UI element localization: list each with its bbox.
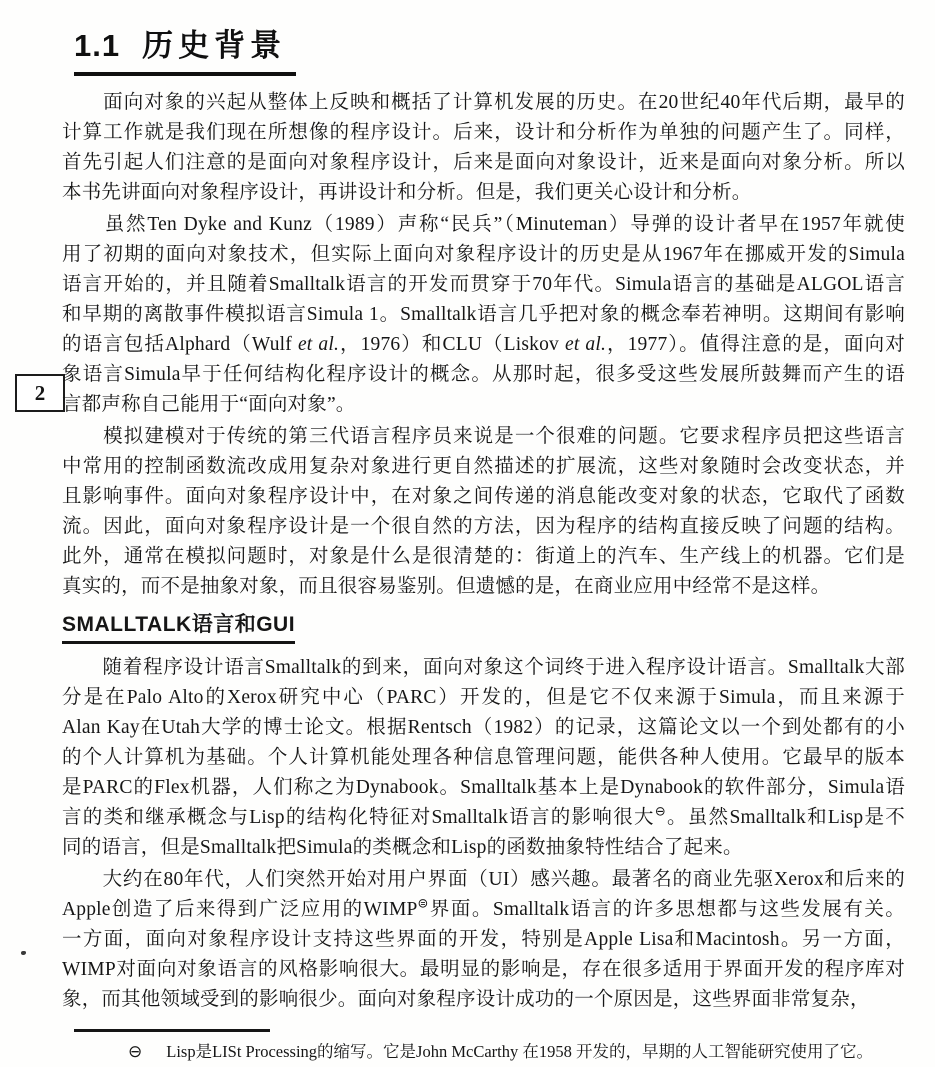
text-line: 真实的，而不是抽象对象，而且很容易鉴别。但遗憾的是，在商业应用中经常不是这样。	[62, 572, 905, 602]
text-line: 虽然Ten Dyke and Kunz（1989）声称“民兵”（Minutema…	[62, 210, 905, 240]
text-line: 象语言Simula早于任何结构化程序设计的概念。从那时起，很多受这些发展所鼓舞而…	[62, 360, 905, 390]
paragraph: 大约在80年代，人们突然开始对用户界面（UI）感兴趣。最著名的商业先驱Xerox…	[62, 865, 905, 1015]
text-line: 象，而其他领域受到的影响很少。面向对象程序设计成功的一个原因是，这些界面非常复杂…	[62, 985, 905, 1015]
text-line: 模拟建模对于传统的第三代语言程序员来说是一个很难的问题。它要求程序员把这些语言	[62, 422, 905, 452]
page-body: 面向对象的兴起从整体上反映和概括了计算机发展的历史。在20世纪40年代后期，最早…	[62, 88, 905, 1063]
text-line: 是PARC的Flex机器，人们称之为Dynabook。Smalltalk基本上是…	[62, 773, 905, 803]
text-line: 面向对象的兴起从整体上反映和概括了计算机发展的历史。在20世纪40年代后期，最早…	[62, 88, 905, 118]
section-history: 面向对象的兴起从整体上反映和概括了计算机发展的历史。在20世纪40年代后期，最早…	[62, 88, 905, 602]
text-line: WIMP对面向对象语言的风格影响很大。最明显的影响是，存在很多适用于界面开发的程…	[62, 955, 905, 985]
footnote-separator	[74, 1029, 270, 1032]
text-line: 流。因此，面向对象程序设计是一个很自然的方法，因为程序的结构直接反映了问题的结构…	[62, 512, 905, 542]
text-line: 语言开始的，并且随着Smalltalk语言的开发而贯穿于70年代。Simula语…	[62, 270, 905, 300]
text-line: 用了初期的面向对象技术，但实际上面向对象程序设计的历史是从1967年在挪威开发的…	[62, 240, 905, 270]
text-line: 大约在80年代，人们突然开始对用户界面（UI）感兴趣。最著名的商业先驱Xerox…	[62, 865, 905, 895]
text-line: 首先引起人们注意的是面向对象程序设计，后来是面向对象设计，近来是面向对象分析。所…	[62, 148, 905, 178]
text-line: 分是在Palo Alto的Xerox研究中心（PARC）开发的，但是它不仅来源于…	[62, 683, 905, 713]
section-title: 1.1历史背景	[74, 20, 296, 76]
page-number-box: 2	[15, 374, 65, 412]
footnote: ⊖Lisp是LISt Processing的缩写。它是John McCarthy…	[62, 1041, 905, 1063]
section-smalltalk-gui: 随着程序设计语言Smalltalk的到来，面向对象这个词终于进入程序设计语言。S…	[62, 653, 905, 1015]
text-line: Alan Kay在Utah大学的博士论文。根据Rentsch（1982）的记录，…	[62, 713, 905, 743]
text-line: 的个人计算机为基础。个人计算机能处理各种信息管理问题，能供各种人使用。它最早的版…	[62, 743, 905, 773]
text-line: 且影响事件。面向对象程序设计中，在对象之间传递的消息能改变对象的状态，它取代了函…	[62, 482, 905, 512]
paragraph: 随着程序设计语言Smalltalk的到来，面向对象这个词终于进入程序设计语言。S…	[62, 653, 905, 863]
text-line: 和早期的离散事件模拟语言Simula 1。Smalltalk语言几乎把对象的概念…	[62, 300, 905, 330]
text-line: 中常用的控制函数流改成用复杂对象进行更自然描述的扩展流，这些对象随时会改变状态，…	[62, 452, 905, 482]
section-title-text: 历史背景	[142, 28, 286, 63]
text-line: 本书先讲面向对象程序设计，再讲设计和分析。但是，我们更关心设计和分析。	[62, 178, 905, 208]
text-line: 言的类和继承概念与Lisp的结构化特征对Smalltalk语言的影响很大⊖。虽然…	[62, 803, 905, 833]
footnote-marker-icon: ⊖	[128, 1042, 142, 1062]
section-number: 1.1	[74, 28, 120, 63]
paragraph: 面向对象的兴起从整体上反映和概括了计算机发展的历史。在20世纪40年代后期，最早…	[62, 88, 905, 208]
text-line: Apple创造了后来得到广泛应用的WIMP⊜界面。Smalltalk语言的许多思…	[62, 895, 905, 925]
text-line: 随着程序设计语言Smalltalk的到来，面向对象这个词终于进入程序设计语言。S…	[62, 653, 905, 683]
page-number: 2	[35, 381, 46, 406]
text-line: 同的语言，但是Smalltalk把Simula的类概念和Lisp的函数抽象特性结…	[62, 833, 905, 863]
text-line: 的语言包括Alphard（Wulf et al.，1976）和CLU（Lisko…	[62, 330, 905, 360]
text-line: 计算工作就是我们现在所想像的程序设计。后来，设计和分析作为单独的问题产生了。同样…	[62, 118, 905, 148]
paragraph: 模拟建模对于传统的第三代语言程序员来说是一个很难的问题。它要求程序员把这些语言中…	[62, 422, 905, 602]
text-line: 此外，通常在模拟问题时，对象是什么是很清楚的：街道上的汽车、生产线上的机器。它们…	[62, 542, 905, 572]
subheading-smalltalk-gui: SMALLTALK语言和GUI	[62, 613, 295, 644]
text-line: 一方面，面向对象程序设计支持这些界面的开发，特别是Apple Lisa和Maci…	[62, 925, 905, 955]
text-line: 言都声称自己能用于“面向对象”。	[62, 390, 905, 420]
book-page: 1.1历史背景 2 面向对象的兴起从整体上反映和概括了计算机发展的历史。在20世…	[0, 0, 935, 1067]
paragraph: 虽然Ten Dyke and Kunz（1989）声称“民兵”（Minutema…	[62, 210, 905, 420]
footnote-text: Lisp是LISt Processing的缩写。它是John McCarthy …	[166, 1042, 873, 1061]
scan-speck	[21, 951, 26, 955]
